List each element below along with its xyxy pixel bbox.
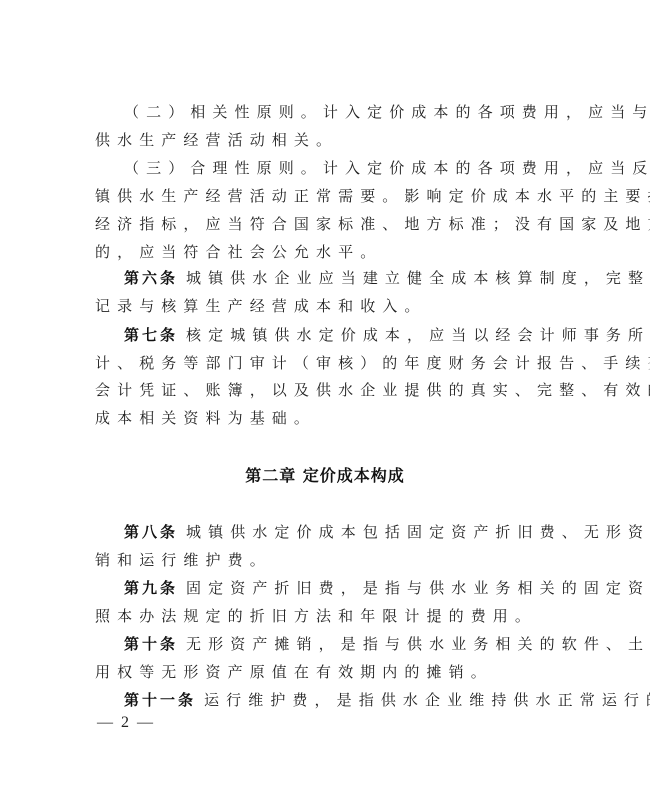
body-text: 会计凭证、账簿，以及供水企业提供的真实、完整、有效的其他	[95, 381, 650, 399]
body-text: 计、税务等部门审计（审核）的年度财务会计报告、手续齐备的	[95, 354, 650, 372]
body-text: 固定资产折旧费，是指与供水业务相关的固定资产按	[186, 579, 650, 597]
article-7-line: 第七条核定城镇供水定价成本，应当以经会计师事务所或审	[124, 321, 594, 349]
body-text: 经济指标，应当符合国家标准、地方标准；没有国家及地方标准	[95, 215, 650, 233]
body-text: 的，应当符合社会公允水平。	[95, 243, 382, 261]
page-number: — 2 —	[97, 710, 155, 736]
article-11-line: 第十一条运行维护费，是指供水企业维持供水正常运行的费	[124, 686, 594, 714]
article-6-line: 第六条城镇供水企业应当建立健全成本核算制度，完整准确	[124, 264, 594, 292]
article-number: 第十条	[124, 635, 178, 653]
paragraph-line: 供水生产经营活动相关。	[95, 126, 565, 154]
article-9-line: 第九条固定资产折旧费，是指与供水业务相关的固定资产按	[124, 574, 594, 602]
body-text: （三）合理性原则。计入定价成本的各项费用，应当反映城	[124, 159, 650, 177]
body-text: 城镇供水定价成本包括固定资产折旧费、无形资产摊	[186, 523, 650, 541]
chapter-heading: 第二章 定价成本构成	[0, 462, 650, 490]
paragraph-line: 用权等无形资产原值在有效期内的摊销。	[95, 658, 565, 686]
body-text: 运行维护费，是指供水企业维持供水正常运行的费	[204, 691, 650, 709]
article-number: 第十一条	[124, 691, 196, 709]
document-page: （二）相关性原则。计入定价成本的各项费用，应当与城镇 供水生产经营活动相关。 （…	[0, 0, 650, 800]
body-text: （二）相关性原则。计入定价成本的各项费用，应当与城镇	[124, 103, 650, 121]
body-text: 核定城镇供水定价成本，应当以经会计师事务所或审	[186, 326, 650, 344]
body-text: 无形资产摊销，是指与供水业务相关的软件、土地使	[186, 635, 650, 653]
paragraph-line: （二）相关性原则。计入定价成本的各项费用，应当与城镇	[124, 98, 594, 126]
body-text: 记录与核算生产经营成本和收入。	[95, 297, 427, 315]
body-text: 城镇供水企业应当建立健全成本核算制度，完整准确	[186, 269, 650, 287]
paragraph-line: （三）合理性原则。计入定价成本的各项费用，应当反映城	[124, 154, 594, 182]
body-text: 销和运行维护费。	[95, 551, 272, 569]
paragraph-line: 计、税务等部门审计（审核）的年度财务会计报告、手续齐备的	[95, 349, 565, 377]
body-text: 成本相关资料为基础。	[95, 409, 316, 427]
article-8-line: 第八条城镇供水定价成本包括固定资产折旧费、无形资产摊	[124, 518, 594, 546]
body-text: 照本办法规定的折旧方法和年限计提的费用。	[95, 607, 537, 625]
paragraph-line: 销和运行维护费。	[95, 546, 565, 574]
paragraph-line: 记录与核算生产经营成本和收入。	[95, 292, 565, 320]
paragraph-line: 的，应当符合社会公允水平。	[95, 238, 565, 266]
paragraph-line: 成本相关资料为基础。	[95, 404, 565, 432]
article-number: 第七条	[124, 326, 178, 344]
article-number: 第六条	[124, 269, 178, 287]
paragraph-line: 会计凭证、账簿，以及供水企业提供的真实、完整、有效的其他	[95, 376, 565, 404]
body-text: 镇供水生产经营活动正常需要。影响定价成本水平的主要技术、	[95, 187, 650, 205]
article-10-line: 第十条无形资产摊销，是指与供水业务相关的软件、土地使	[124, 630, 594, 658]
paragraph-line: 照本办法规定的折旧方法和年限计提的费用。	[95, 602, 565, 630]
paragraph-line: 镇供水生产经营活动正常需要。影响定价成本水平的主要技术、	[95, 182, 565, 210]
body-text: 用权等无形资产原值在有效期内的摊销。	[95, 663, 493, 681]
body-text: 供水生产经营活动相关。	[95, 131, 338, 149]
article-number: 第八条	[124, 523, 178, 541]
paragraph-line: 经济指标，应当符合国家标准、地方标准；没有国家及地方标准	[95, 210, 565, 238]
article-number: 第九条	[124, 579, 178, 597]
